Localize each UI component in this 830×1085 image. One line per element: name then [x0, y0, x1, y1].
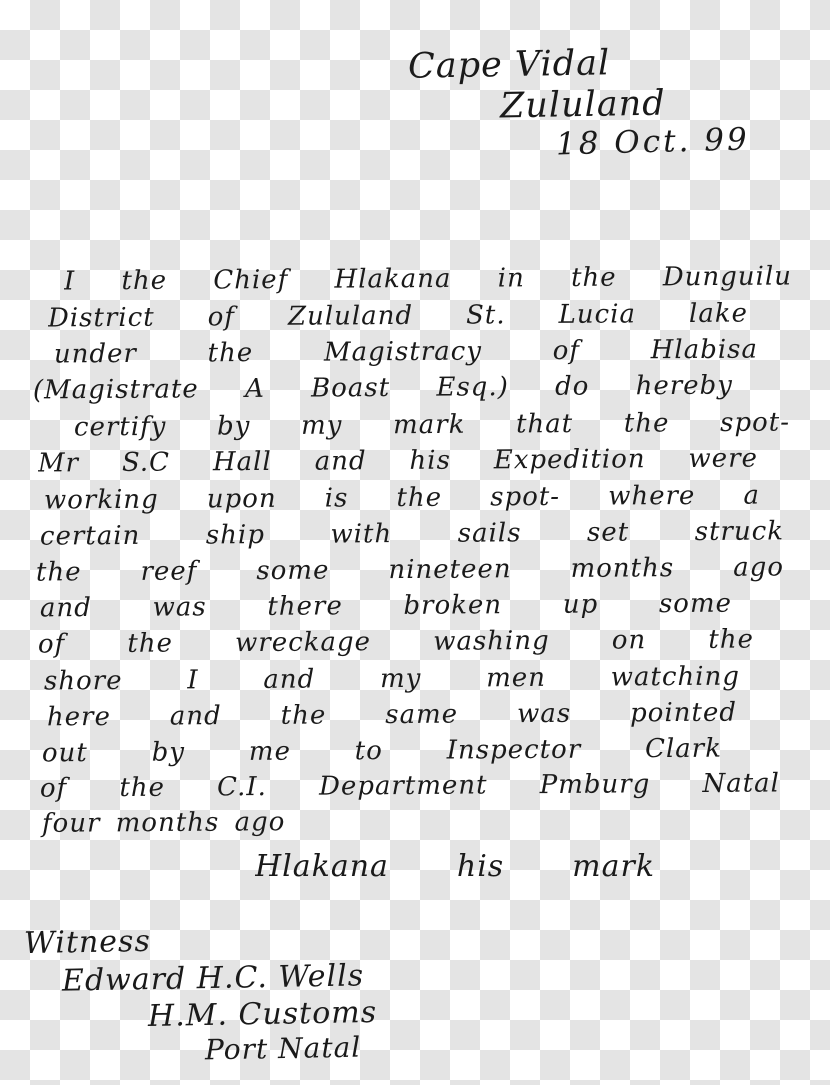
signature-line: Hlakana his mark [255, 852, 655, 894]
witness-name: Edward H.C. Wells [62, 961, 365, 996]
letter-line: Mr S.C Hall and his Expedition were [38, 445, 758, 488]
letterhead-date-line: 18 Oct. 99 [556, 124, 750, 160]
letter-image: Cape Vidal Zululand 18 Oct. 99 I the Chi… [0, 0, 830, 1085]
letter-line: of the wreckage washing on the [38, 627, 754, 670]
letter-line: (Magistrate A Boast Esq.) do hereby [33, 373, 733, 416]
letterhead-region-line: Zululand [500, 87, 666, 125]
witness-organization: H.M. Customs [148, 998, 378, 1032]
witness-place: Port Natal [205, 1034, 362, 1065]
witness-label: Witness [24, 927, 151, 959]
letter-line: four months ago [42, 809, 286, 837]
letterhead-place-line: Cape Vidal [408, 46, 611, 85]
